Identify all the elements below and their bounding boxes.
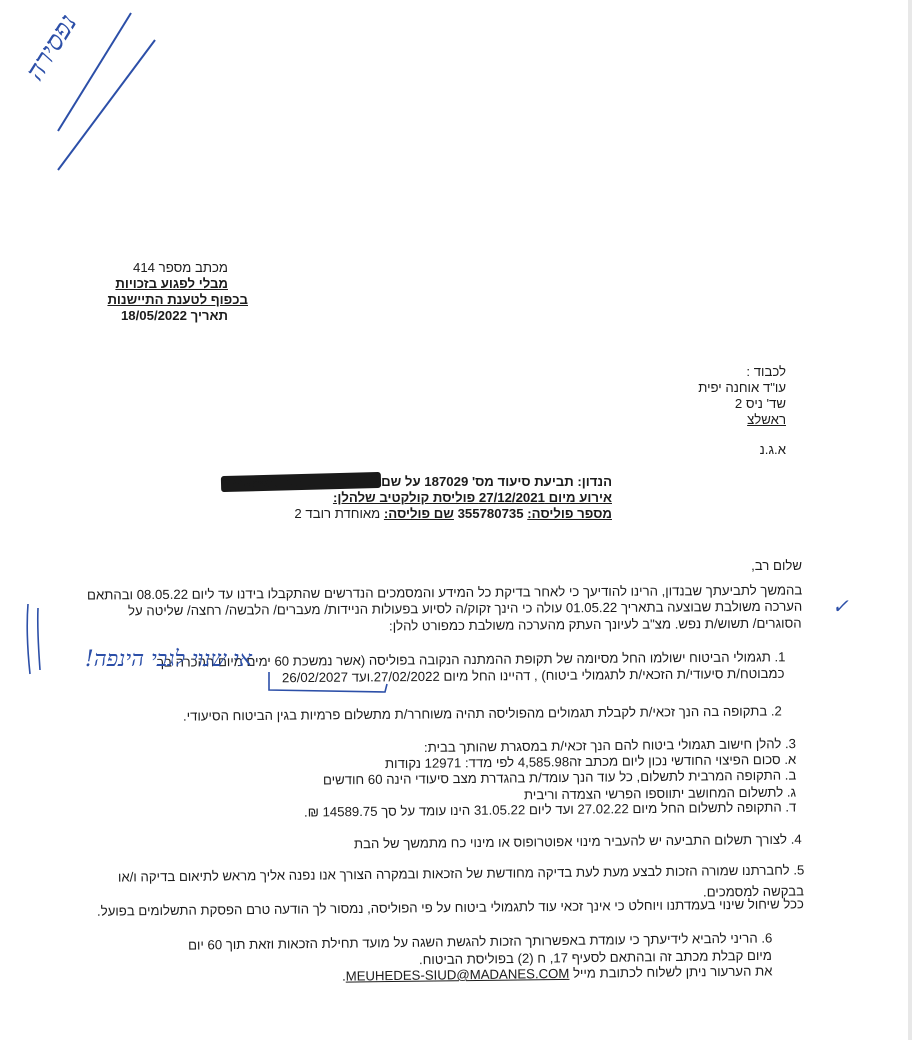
recipient-name: עו"ד אוחנה יפית xyxy=(698,380,786,396)
recipient-to: לכבוד : xyxy=(746,364,786,380)
recipient-street: שד' ניס 2 xyxy=(735,396,786,412)
item-2: 2. בתקופה בה הנך זכאי/ת לקבלת תגמולים מה… xyxy=(183,703,782,724)
policy-name: מאוחדת רובד 2 xyxy=(294,506,383,521)
handwritten-margin-note: אי שנוי לגבי הינפה! xyxy=(42,646,252,672)
item-6-line-3: את הערעור ניתן לשלוח לכתובת מייל MEUHEDE… xyxy=(341,963,772,984)
appeal-email-link[interactable]: MEUHEDES-SIUD@MADANES.COM xyxy=(345,966,569,984)
subject-line-3: מספר פוליסה: 355780735 שם פוליסה: מאוחדת… xyxy=(294,506,612,522)
policy-number-label: מספר פוליסה: xyxy=(527,506,612,521)
item-5-line-3: ככל שיחול שינוי בעמדתנו ויוחלט כי אינך ז… xyxy=(97,896,804,919)
item-4: 4. לצורך תשלום התביעה יש להעביר מינוי אפ… xyxy=(354,832,802,853)
letter-date: תאריך 18/05/2022 xyxy=(121,308,228,324)
scanned-letter-page: נפסירה מכתב מספר 414 מבלי לפגוע בזכויות … xyxy=(0,0,912,1040)
without-prejudice-line: מבלי לפגוע בזכויות xyxy=(115,276,228,292)
appeal-text: את הערעור ניתן לשלוח לכתובת מייל xyxy=(569,963,772,980)
intro-line-3: הסוגרים/ תשוש/ת נפש. מצ"ב לעיונך העתק מה… xyxy=(389,616,802,635)
salutation-abbr: א.ג.נ xyxy=(760,442,786,458)
scan-edge xyxy=(908,0,912,1040)
underline-bracket-icon xyxy=(265,670,395,696)
letter-number: מכתב מספר 414 xyxy=(133,260,228,276)
policy-number: 355780735 xyxy=(454,506,527,521)
subject-prefix: הנדון: xyxy=(577,474,612,489)
item-3d: ד. התקופה לתשלום החל מיום 27.02.22 ועד ל… xyxy=(304,799,796,820)
limitation-line: בכפוף לטענת התיישנות xyxy=(107,292,248,308)
subject-line-1: הנדון: תביעת סיעוד מס' 187029 על שם גליק… xyxy=(221,474,612,490)
subject-line-2: אירוע מיום 27/12/2021 פוליסת קולקטיב שלה… xyxy=(333,490,612,506)
greeting: שלום רב, xyxy=(751,558,802,574)
policy-name-label: שם פוליסה: xyxy=(384,506,454,521)
subject-claim: תביעת סיעוד מס' 187029 על שם xyxy=(381,474,577,489)
checkmark-icon: ✓ xyxy=(832,594,849,618)
recipient-city: ראשלצ xyxy=(747,412,786,428)
item-5-line-1: 5. לחברתנו שמורה הזכות לבצע מעת לעת בדיק… xyxy=(118,862,804,885)
